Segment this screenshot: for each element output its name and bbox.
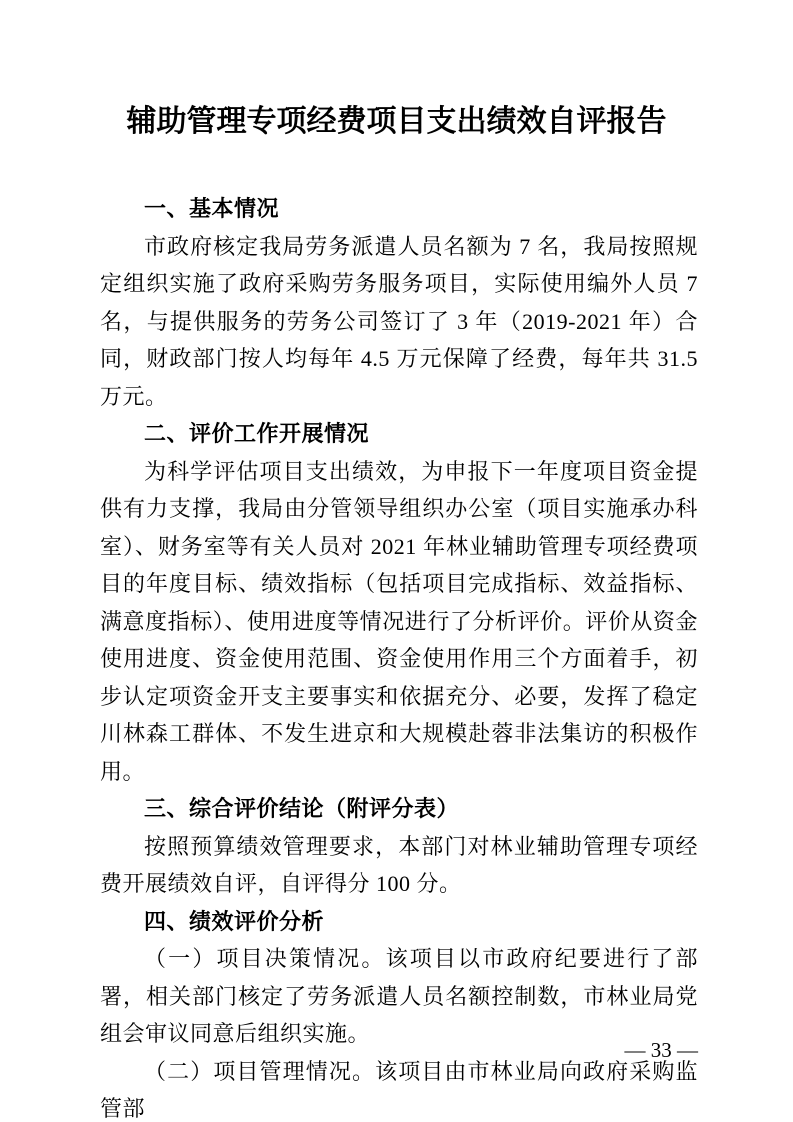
document-body: 一、基本情况 市政府核定我局劳务派遣人员名额为 7 名，我局按照规定组织实施了政… bbox=[100, 190, 698, 1122]
section-heading-2-evaluation-work: 二、评价工作开展情况 bbox=[100, 415, 698, 453]
section-1-paragraph: 市政府核定我局劳务派遣人员名额为 7 名，我局按照规定组织实施了政府采购劳务服务… bbox=[100, 228, 698, 416]
document-page: 辅助管理专项经费项目支出绩效自评报告 一、基本情况 市政府核定我局劳务派遣人员名… bbox=[0, 0, 793, 1122]
document-title: 辅助管理专项经费项目支出绩效自评报告 bbox=[0, 0, 793, 144]
section-3-paragraph: 按照预算绩效管理要求，本部门对林业辅助管理专项经费开展绩效自评，自评得分 100… bbox=[100, 828, 698, 903]
page-number: — 33 — bbox=[625, 1038, 699, 1062]
section-4-paragraph-2-management: （二）项目管理情况。该项目由市林业局向政府采购监管部 bbox=[100, 1053, 698, 1122]
section-heading-3-comprehensive-conclusion: 三、综合评价结论（附评分表） bbox=[100, 790, 698, 828]
section-2-paragraph: 为科学评估项目支出绩效，为申报下一年度项目资金提供有力支撑，我局由分管领导组织办… bbox=[100, 453, 698, 791]
section-4-paragraph-1-decision: （一）项目决策情况。该项目以市政府纪要进行了部署，相关部门核定了劳务派遣人员名额… bbox=[100, 940, 698, 1053]
section-heading-4-performance-analysis: 四、绩效评价分析 bbox=[100, 903, 698, 941]
section-heading-1-basic-situation: 一、基本情况 bbox=[100, 190, 698, 228]
